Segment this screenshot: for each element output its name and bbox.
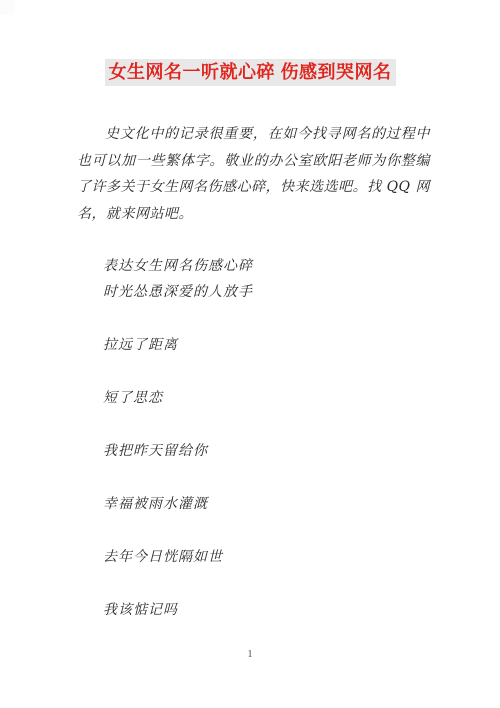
list-item: 时光怂恿深爱的人放手 bbox=[103, 279, 500, 305]
name-list-heading: 表达女生网名伤感心碎 bbox=[103, 253, 500, 279]
page-number: 1 bbox=[248, 649, 253, 660]
name-list: 表达女生网名伤感心碎 时光怂恿深爱的人放手 拉远了距离 短了思恋 我把昨天留给你… bbox=[103, 253, 500, 623]
list-item: 我把昨天留给你 bbox=[103, 438, 500, 464]
page-footer: 1 bbox=[0, 642, 500, 661]
list-item: 短了思恋 bbox=[103, 385, 500, 411]
list-item: 幸福被雨水灌溉 bbox=[103, 491, 500, 517]
list-item: 拉远了距离 bbox=[103, 332, 500, 358]
list-item: 去年今日恍隔如世 bbox=[103, 544, 500, 570]
list-item: 我该惦记吗 bbox=[103, 597, 500, 623]
intro-paragraph: 史文化中的记录很重要，在如今找寻网名的过程中也可以加一些繁体字。敬业的办公室欧阳… bbox=[77, 121, 430, 227]
document-page: 女生网名一听就心碎 伤感到哭网名 史文化中的记录很重要，在如今找寻网名的过程中也… bbox=[0, 0, 500, 708]
title-row: 女生网名一听就心碎 伤感到哭网名 bbox=[0, 0, 500, 86]
page-corner-artifact bbox=[0, 0, 15, 15]
page-title: 女生网名一听就心碎 伤感到哭网名 bbox=[105, 59, 396, 86]
